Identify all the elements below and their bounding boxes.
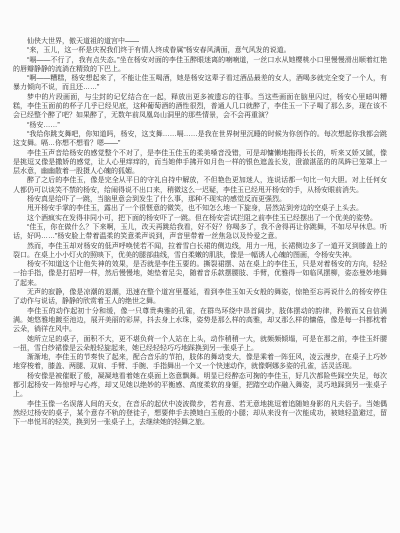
novel-paragraph: “我给你跳支舞吧，你知道吗，杨安，这支舞……嗝……是我在世界树里沉睡的时候为你创… <box>13 130 387 149</box>
novel-paragraph: 杨安真是给吓了一跳，当脑里意会到发生了什么事，那种不现实的感觉反而更强烈。 <box>13 195 387 204</box>
novel-paragraph: 梦中的片段画面，与尘封的记忆结合在一起，释放出更多被遗忘的往事。当这些画面在脑里… <box>13 93 387 121</box>
novel-text-container: 仙侠大世界，傲天道祖的道宫中——“来，玉儿，这一杯是庆祝我们终于有情人终成眷属”… <box>13 37 387 427</box>
novel-reader-page: 仙侠大世界，傲天道祖的道宫中——“来，玉儿，这一杯是庆祝我们终于有情人终成眷属”… <box>0 0 400 533</box>
novel-paragraph: 杨安不知道这个让他失神的效果，是否就是李佳玉要的。撕裂裙摆、站在桌上的李佳玉，只… <box>13 260 387 288</box>
novel-paragraph: “佳玉，你在做什么？下来啊，玉儿，改天再跳给我看，好不好？你喝多了，我不舍得再让… <box>13 223 387 242</box>
novel-paragraph: 李佳玉像一名误落人间的天女，在音乐的起伏中凌波微步，若有意、若无意地挑逗着追随她… <box>13 400 387 428</box>
novel-paragraph: 甩开杨安手掌的李佳玉，露出了一个很惬意的微笑，也不知怎么地一下旋身，居然站到旁边… <box>13 204 387 213</box>
novel-paragraph: 李佳玉声音给杨安的感觉整个不对了，是李佳玉佳玉的柔美嗓音没错，可是却慵懒地拖得长… <box>13 149 387 177</box>
novel-paragraph: 李佳玉的动作起初十分和缓，像一只尊贵典雅的孔雀，在群鸟环绕中昂首阔步，肢体摆动的… <box>13 307 387 335</box>
novel-paragraph: “啊——糟糕，杨安想起来了，不能让佳玉喝酒，她是杨安这辈子看过酒品最差的女人，酒… <box>13 74 387 93</box>
novel-paragraph: 这个酒疯实在发得非同小可，把下面的杨安吓了一跳。但在杨安尝试拦阻之前李佳玉已经摆… <box>13 214 387 223</box>
novel-paragraph: 然而，李佳玉却对杨安的低声呼唤恍若不闻，拉着雪白长裙的侧边线，用力一甩，长裙侧边… <box>13 242 387 261</box>
novel-paragraph: 无声的寂静，像是凉潮的退潮，迅速在整个道宫里蔓延，看到李佳玉如天女般的舞姿，惊艳… <box>13 288 387 307</box>
novel-paragraph: 渐渐地，李佳玉的节奏快了起来，配合音乐的节拍，肢体的舞动变大，像是乘着一阵狂风，… <box>13 353 387 372</box>
novel-paragraph: 杨安像是被催眠了般，凝凝地看着她在桌面上恣意飘舞。明显已经醉态可掬的李佳玉，好几… <box>13 372 387 400</box>
novel-paragraph: “来，玉儿，这一杯是庆祝我们终于有情人终成眷属”杨安春风满面，意气风发的说道。 <box>13 46 387 55</box>
novel-paragraph: 仙侠大世界，傲天道祖的道宫中—— <box>13 37 387 46</box>
novel-paragraph: “杨安……” <box>13 121 387 130</box>
novel-paragraph: 她所立足的桌子，面积不大，更不堪负荷一个人站在上头，动作稍稍一大，就频频倾塌，可… <box>13 335 387 354</box>
novel-paragraph: 醉了之后的李佳玉，像是完全从平日的守礼自持中解放，不但艳色更加迷人，连说话都一句… <box>13 176 387 195</box>
novel-paragraph: “嗝——不行了，我有点失态。”坐在杨安对面的李佳玉醉眼迷离的喃喃道，一丝口水从她… <box>13 56 387 75</box>
